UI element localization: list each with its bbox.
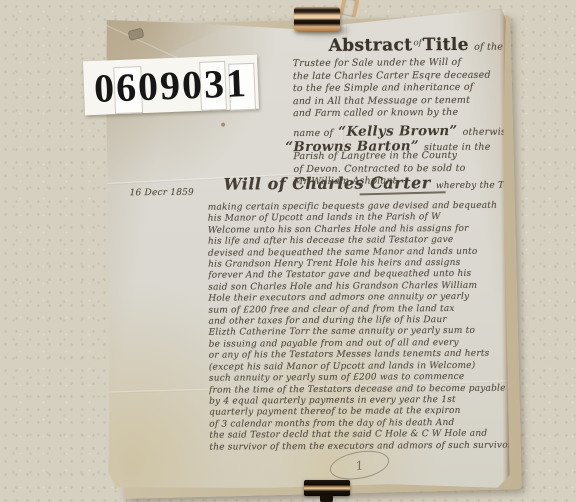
heading-line: name of “Kellys Brown” otherwise [293,120,507,136]
heading-text-block-1: Trustee for Sale under the Will of the l… [293,57,507,121]
catalog-number: 0609031 [93,58,249,112]
heading-word-of: of [413,38,421,48]
body-line1-tail: whereby the Testator after [436,180,510,191]
page-number: 1 [354,458,364,473]
clip-body [304,480,350,496]
will-abstract-body: 16 Decr 1859 Will of Charles Carter wher… [105,173,509,476]
catalog-number-label: 0609031 [83,55,259,116]
abstract-heading: AbstractofTitle of the Surviving Trustee… [293,35,508,195]
heading-word-title: Title [423,35,469,55]
binder-clip-bottom-icon [304,480,350,502]
heading-line: “Browns Barton” situate in the [285,135,507,152]
photo-stage: AbstractofTitle of the Surviving Trustee… [0,0,576,502]
clip-body [294,7,340,31]
heading-word-abstract: Abstract [329,35,413,56]
body-text-block: making certain specific bequests gave de… [208,201,510,459]
will-title: Will of Charles Carter [223,173,430,193]
margin-date: 16 Decr 1859 [130,187,194,200]
paper-stain [221,123,225,127]
clip-handle [339,0,360,18]
binder-clip-top-icon [294,0,354,34]
clip-handle [320,495,333,502]
heading-line: AbstractofTitle of the Surviving [329,35,507,58]
body-first-line: Will of Charles Carter whereby the Testa… [223,172,509,194]
